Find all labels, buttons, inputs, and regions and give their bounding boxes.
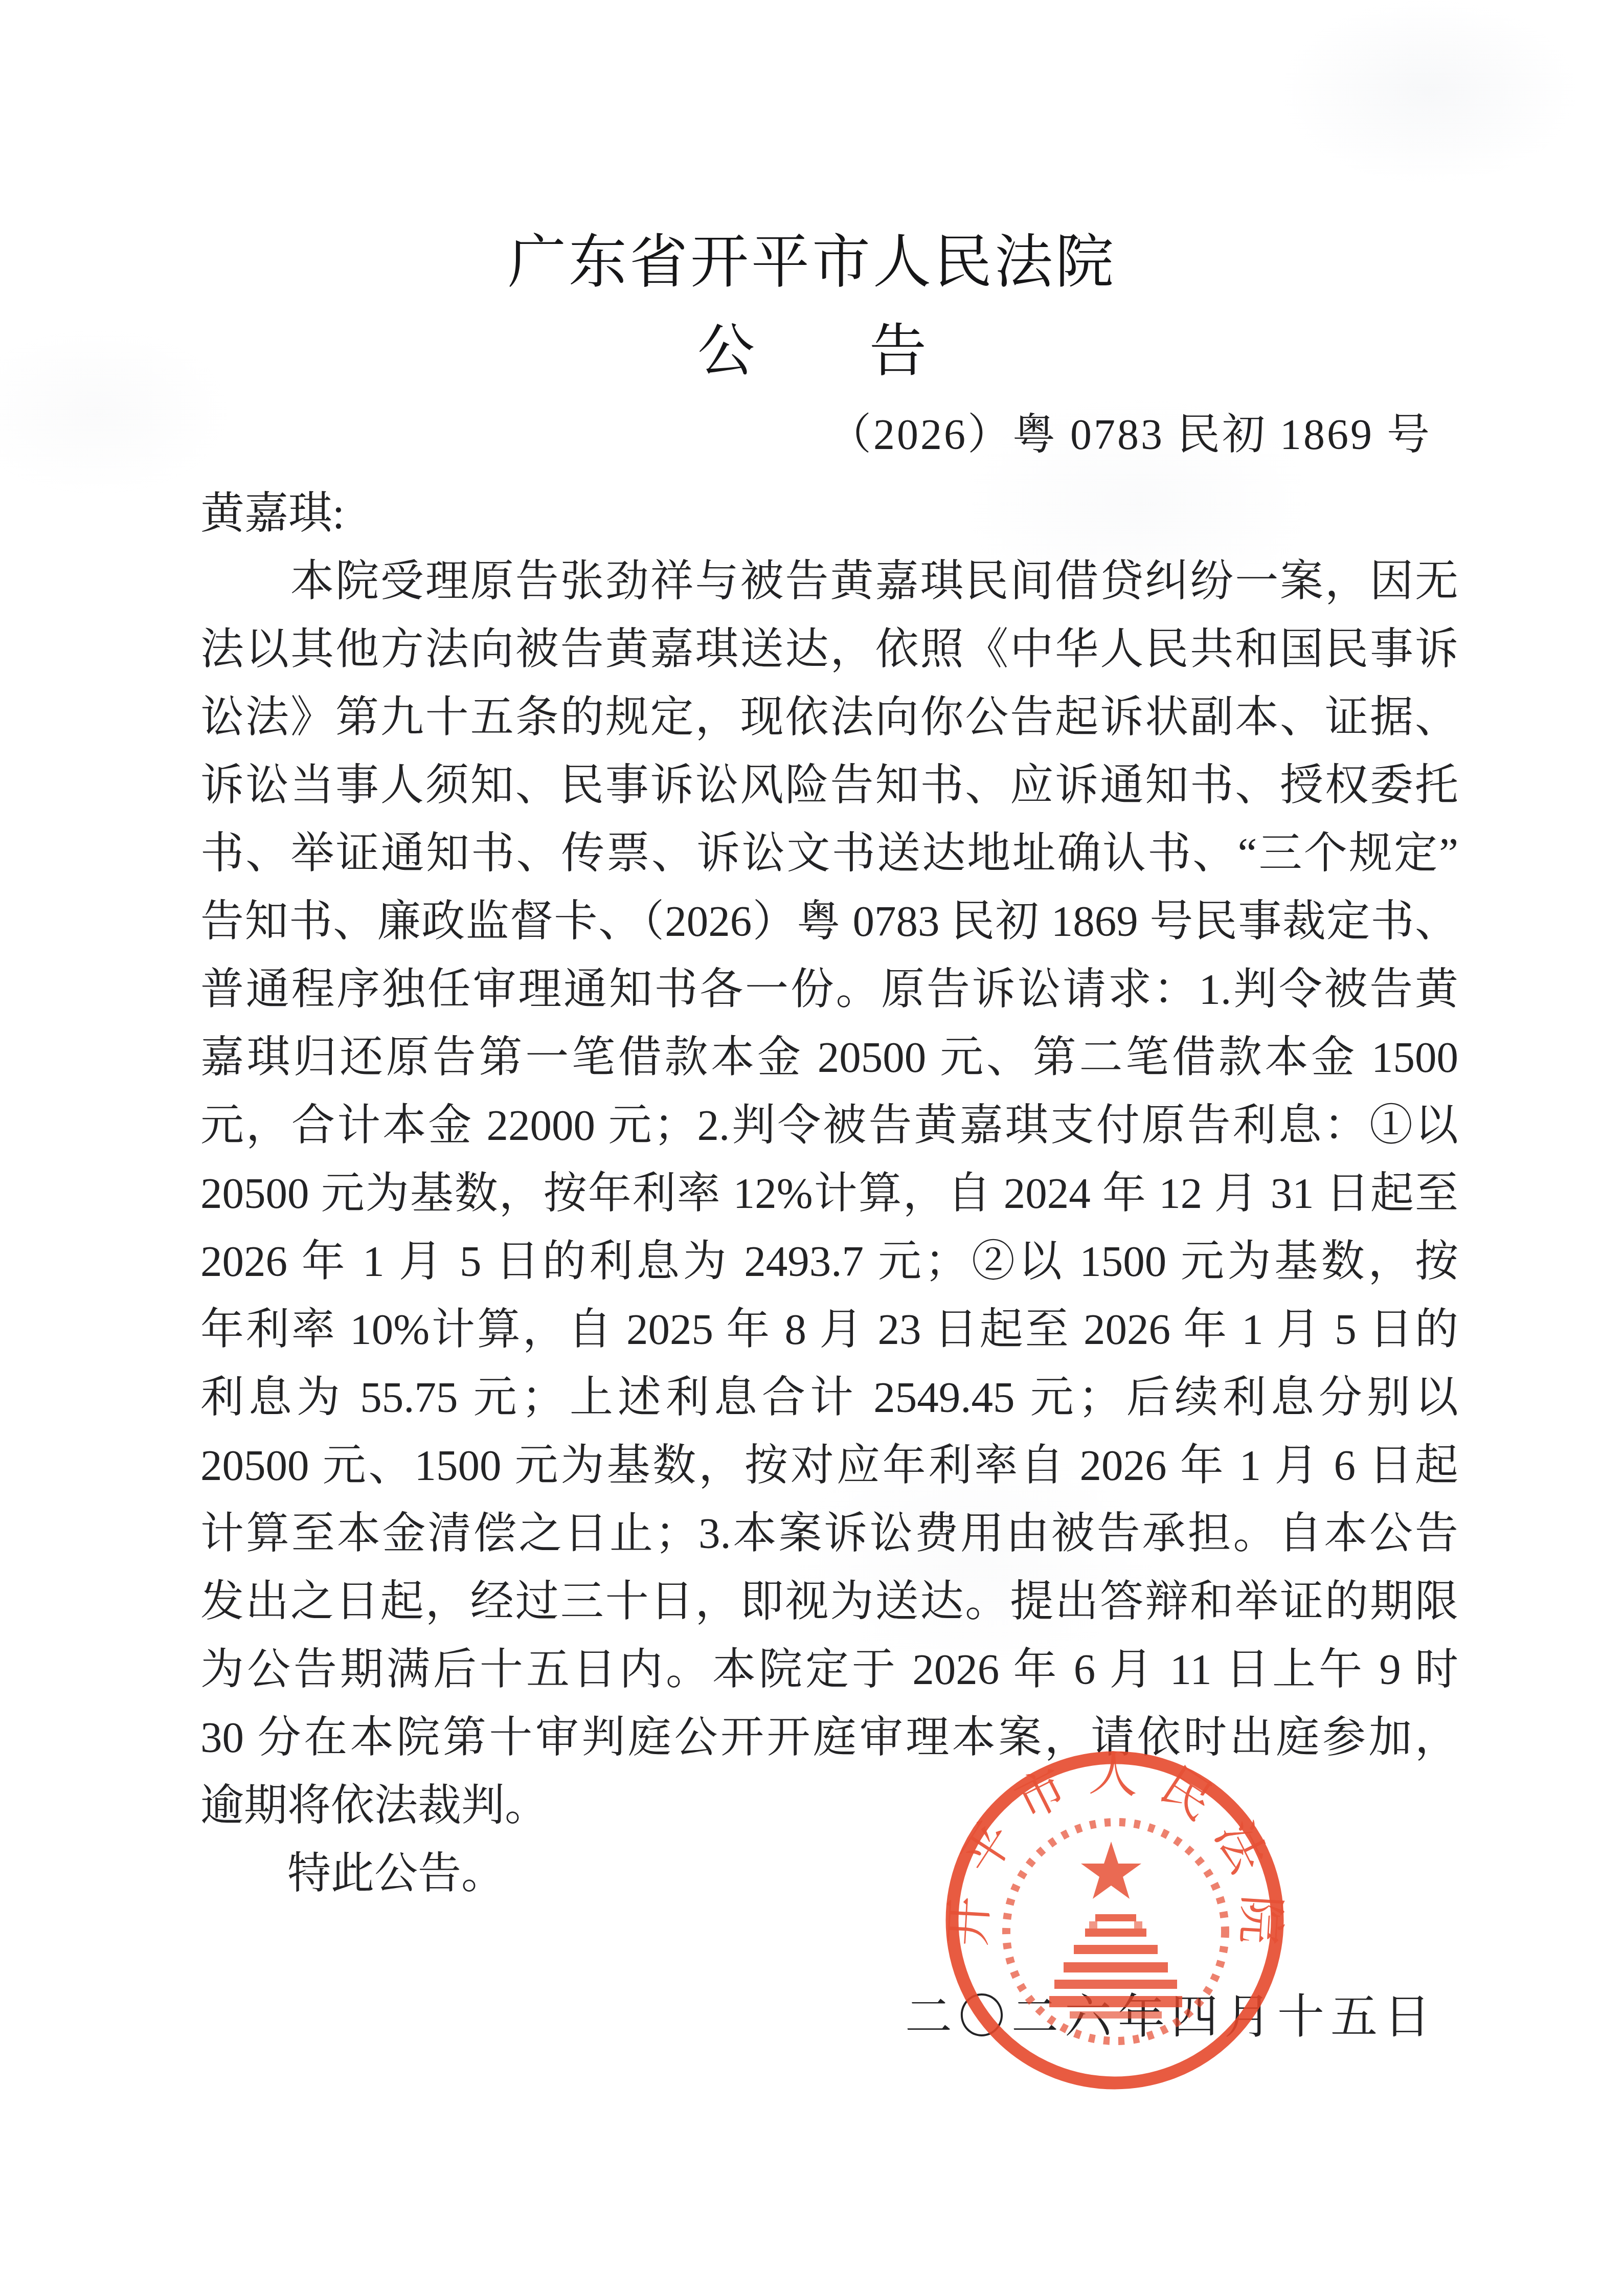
body-line: 20500 元、1500 元为基数，按对应年利率自 2026 年 1 月 6 日… bbox=[200, 1432, 1458, 1500]
body-line: 书、举证通知书、传票、诉讼文书送达地址确认书、“三个规定” bbox=[200, 820, 1458, 888]
body-line: 为公告期满后十五日内。本院定于 2026 年 6 月 11 日上午 9 时 bbox=[200, 1636, 1458, 1704]
document-type-title: 公 告 bbox=[0, 311, 1624, 393]
body-line: 2026 年 1 月 5 日的利息为 2493.7 元；②以 1500 元为基数… bbox=[200, 1228, 1458, 1296]
court-seal: 开平市人民法院 bbox=[936, 1741, 1294, 2099]
body-line: 计算至本金清偿之日止；3.本案诉讼费用由被告承担。自本公告 bbox=[200, 1500, 1458, 1568]
body-line: 利息为 55.75 元；上述利息合计 2549.45 元；后续利息分别以 bbox=[200, 1364, 1458, 1432]
body-line: 年利率 10%计算，自 2025 年 8 月 23 日起至 2026 年 1 月… bbox=[200, 1296, 1458, 1364]
body-line: 嘉琪归还原告第一笔借款本金 20500 元、第二笔借款本金 1500 bbox=[200, 1024, 1458, 1092]
emblem-star-icon bbox=[1081, 1842, 1141, 1899]
body-line: 20500 元为基数，按年利率 12%计算，自 2024 年 12 月 31 日… bbox=[200, 1160, 1458, 1228]
body-line: 诉讼当事人须知、民事诉讼风险告知书、应诉通知书、授权委托 bbox=[200, 752, 1458, 820]
body-line: 法以其他方法向被告黄嘉琪送达，依照《中华人民共和国民事诉 bbox=[200, 616, 1458, 684]
body-line: 讼法》第九十五条的规定，现依法向你公告起诉状副本、证据、 bbox=[200, 684, 1458, 752]
body-line: 本院受理原告张劲祥与被告黄嘉琪民间借贷纠纷一案，因无 bbox=[200, 548, 1458, 616]
body-line: 普通程序独任审理通知书各一份。原告诉讼请求：1.判令被告黄 bbox=[200, 956, 1458, 1024]
body-lines: 本院受理原告张劲祥与被告黄嘉琪民间借贷纠纷一案，因无法以其他方法向被告黄嘉琪送达… bbox=[200, 548, 1458, 1908]
recipient-name: 黄嘉琪: bbox=[200, 480, 345, 548]
body-line: 元，合计本金 22000 元；2.判令被告黄嘉琪支付原告利息：①以 bbox=[200, 1092, 1458, 1160]
body-line: 发出之日起，经过三十日，即视为送达。提出答辩和举证的期限 bbox=[200, 1568, 1458, 1636]
emblem-gate-icon bbox=[1049, 1914, 1182, 2019]
announcement-page: 广东省开平市人民法院 公 告 （2026）粤 0783 民初 1869 号 黄嘉… bbox=[0, 0, 1624, 2287]
china-national-emblem-icon bbox=[1049, 1842, 1182, 2019]
body-line: 告知书、廉政监督卡、（2026）粤 0783 民初 1869 号民事裁定书、 bbox=[200, 888, 1458, 956]
court-name-title: 广东省开平市人民法院 bbox=[0, 224, 1624, 301]
case-number: （2026）粤 0783 民初 1869 号 bbox=[0, 407, 1432, 464]
